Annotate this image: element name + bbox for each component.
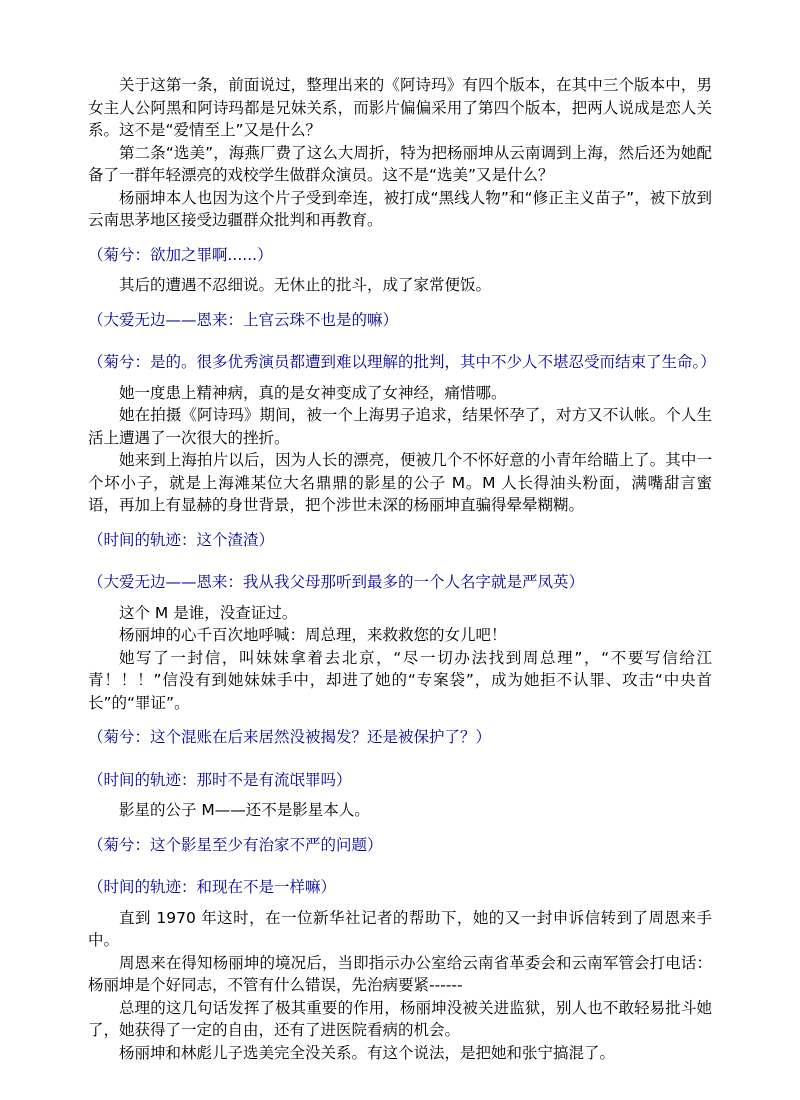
document-content: 关于这第一条，前面说过，整理出来的《阿诗玛》有四个版本，在其中三个版本中，男女主… [88, 74, 712, 1064]
annotation-comment: （菊兮：这个影星至少有治家不严的问题） [88, 822, 712, 865]
body-paragraph: 周恩来在得知杨丽坤的境况后，当即指示办公室给云南省革委会和云南军管会打电话：杨丽… [88, 952, 712, 997]
annotation-comment: （时间的轨迹：那时不是有流氓罪吗） [88, 757, 712, 800]
body-paragraph: 她一度患上精神病，真的是女神变成了女神经，痛惜哪。 [88, 382, 712, 405]
body-paragraph: 她来到上海拍片以后，因为人长的漂亮，便被几个不怀好意的小青年给瞄上了。其中一个坏… [88, 449, 712, 517]
body-paragraph: 影星的公子 M——还不是影星本人。 [88, 799, 712, 822]
document-page: 关于这第一条，前面说过，整理出来的《阿诗玛》有四个版本，在其中三个版本中，男女主… [0, 0, 800, 1100]
body-paragraph: 这个 M 是谁，没查证过。 [88, 602, 712, 625]
body-paragraph: 第二条“选美”，海燕厂费了这么大周折，特为把杨丽坤从云南调到上海，然后还为她配备… [88, 142, 712, 187]
body-paragraph: 她在拍摄《阿诗玛》期间，被一个上海男子追求，结果怀孕了，对方又不认帐。个人生活上… [88, 404, 712, 449]
body-paragraph: 杨丽坤本人也因为这个片子受到牵连，被打成“黑线人物”和“修正主义苗子”，被下放到… [88, 187, 712, 232]
body-paragraph: 直到 1970 年这时，在一位新华社记者的帮助下，她的又一封申诉信转到了周恩来手… [88, 907, 712, 952]
body-paragraph: 其后的遭遇不忍细说。无休止的批斗，成了家常便饭。 [88, 274, 712, 297]
body-paragraph: 她写了一封信，叫妹妹拿着去北京，“尽一切办法找到周总理”，“不要写信给江青！！！… [88, 647, 712, 715]
body-paragraph: 杨丽坤的心千百次地呼喊：周总理，来救救您的女儿吧！ [88, 624, 712, 647]
annotation-comment: （大爱无边——恩来：上官云珠不也是的嘛） [88, 297, 712, 340]
annotation-comment: （大爱无边——恩来：我从我父母那听到最多的一个人名字就是严凤英） [88, 559, 712, 602]
body-paragraph: 杨丽坤和林彪儿子选美完全没关系。有这个说法，是把她和张宁搞混了。 [88, 1042, 712, 1065]
annotation-comment: （菊兮：欲加之罪啊......） [88, 232, 712, 275]
annotation-comment: （时间的轨迹：和现在不是一样嘛） [88, 864, 712, 907]
annotation-comment: （菊兮：这个混账在后来居然没被揭发？还是被保护了？） [88, 714, 712, 757]
annotation-comment: （菊兮：是的。很多优秀演员都遭到难以理解的批判，其中不少人不堪忍受而结束了生命。… [88, 339, 712, 382]
body-paragraph: 总理的这几句话发挥了极其重要的作用，杨丽坤没被关进监狱，别人也不敢轻易批斗她了，… [88, 997, 712, 1042]
annotation-comment: （时间的轨迹：这个渣渣） [88, 517, 712, 560]
body-paragraph: 关于这第一条，前面说过，整理出来的《阿诗玛》有四个版本，在其中三个版本中，男女主… [88, 74, 712, 142]
